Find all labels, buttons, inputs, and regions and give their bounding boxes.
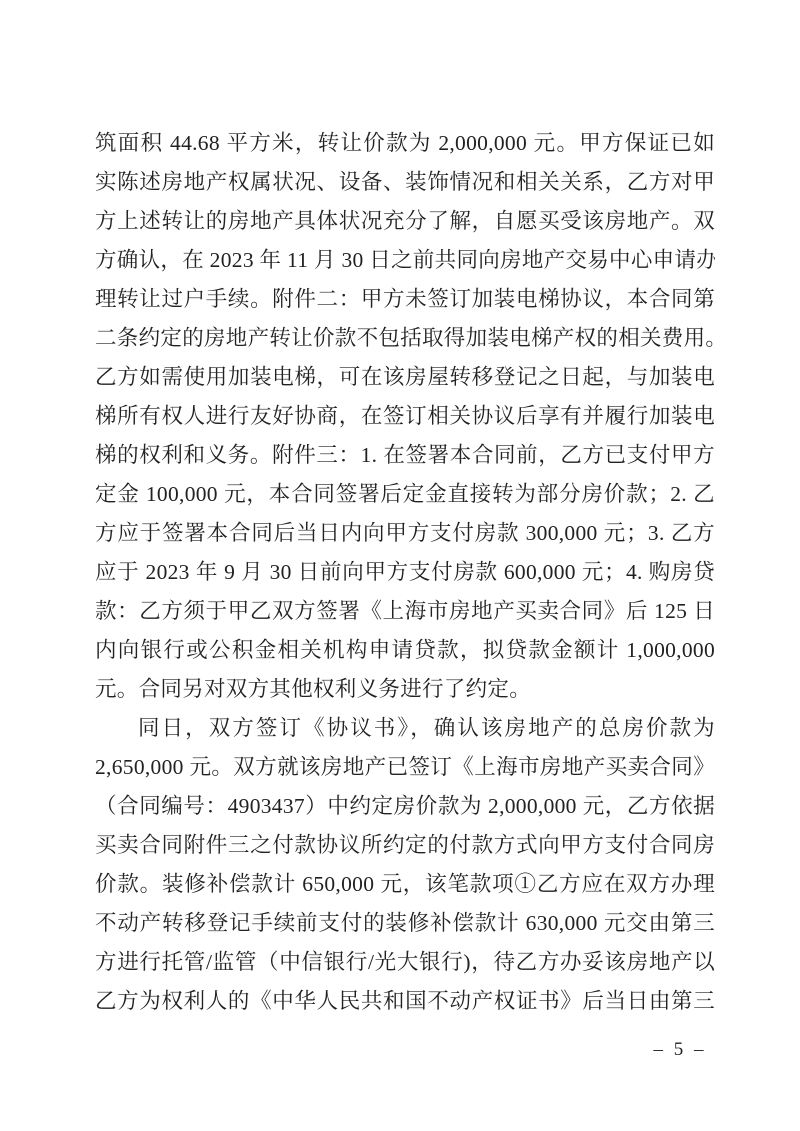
text-line: 梯所有权人进行友好协商，在签订相关协议后享有并履行加装电 xyxy=(95,397,715,436)
text-line: 内向银行或公积金相关机构申请贷款，拟贷款金额计 1,000,000 xyxy=(95,631,715,670)
text-line: 理转让过户手续。附件二：甲方未签订加装电梯协议，本合同第 xyxy=(95,280,715,319)
scanned-contract-page: 筑面积 44.68 平方米，转让价款为 2,000,000 元。甲方保证已如 实… xyxy=(0,0,800,1131)
text-line: 价款。装修补偿款计 650,000 元，该笔款项①乙方应在双方办理 xyxy=(95,865,715,904)
text-line: 定金 100,000 元，本合同签署后定金直接转为部分房价款；2. 乙 xyxy=(95,475,715,514)
paragraph-1: 筑面积 44.68 平方米，转让价款为 2,000,000 元。甲方保证已如 实… xyxy=(95,124,715,709)
text-line: 方应于签署本合同后当日内向甲方支付房款 300,000 元；3. 乙方 xyxy=(95,514,715,553)
contract-body-text: 筑面积 44.68 平方米，转让价款为 2,000,000 元。甲方保证已如 实… xyxy=(95,124,715,1021)
text-line: 应于 2023 年 9 月 30 日前向甲方支付房款 600,000 元；4. … xyxy=(95,553,715,592)
text-line: 元。合同另对双方其他权利义务进行了约定。 xyxy=(95,670,715,709)
page-number: – 5 – xyxy=(638,1036,722,1064)
text-line: （合同编号：4903437）中约定房价款为 2,000,000 元，乙方依据 xyxy=(95,787,715,826)
text-line: 方进行托管/监管（中信银行/光大银行)，待乙方办妥该房地产以 xyxy=(95,943,715,982)
text-line: 方上述转让的房地产具体状况充分了解，自愿买受该房地产。双 xyxy=(95,202,715,241)
text-line: 买卖合同附件三之付款协议所约定的付款方式向甲方支付合同房 xyxy=(95,826,715,865)
text-line: 实陈述房地产权属状况、设备、装饰情况和相关关系，乙方对甲 xyxy=(95,163,715,202)
paragraph-2: 同日，双方签订《协议书》，确认该房地产的总房价款为 2,650,000 元。双方… xyxy=(95,709,715,1021)
text-line: 筑面积 44.68 平方米，转让价款为 2,000,000 元。甲方保证已如 xyxy=(95,124,715,163)
text-line: 2,650,000 元。双方就该房地产已签订《上海市房地产买卖合同》 xyxy=(95,748,715,787)
text-line: 梯的权利和义务。附件三：1. 在签署本合同前，乙方已支付甲方 xyxy=(95,436,715,475)
text-line: 款：乙方须于甲乙双方签署《上海市房地产买卖合同》后 125 日 xyxy=(95,592,715,631)
text-line: 二条约定的房地产转让价款不包括取得加装电梯产权的相关费用。 xyxy=(95,319,715,358)
text-line: 同日，双方签订《协议书》，确认该房地产的总房价款为 xyxy=(95,709,715,748)
text-line: 乙方为权利人的《中华人民共和国不动产权证书》后当日由第三 xyxy=(95,982,715,1021)
text-line: 方确认，在 2023 年 11 月 30 日之前共同向房地产交易中心申请办 xyxy=(95,241,715,280)
text-line: 不动产转移登记手续前支付的装修补偿款计 630,000 元交由第三 xyxy=(95,904,715,943)
text-line: 乙方如需使用加装电梯，可在该房屋转移登记之日起，与加装电 xyxy=(95,358,715,397)
